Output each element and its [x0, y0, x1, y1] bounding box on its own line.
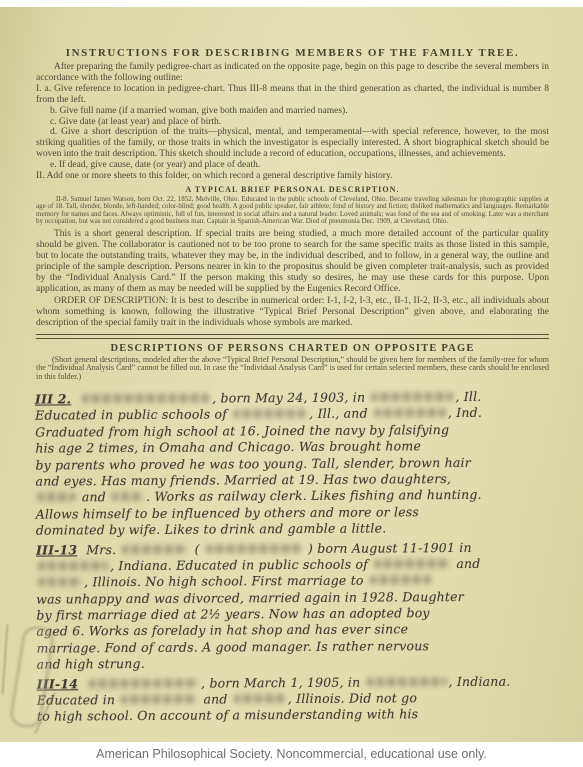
handwriting-text: by parents who proved he was too young. …	[35, 455, 471, 473]
redacted-name-blur	[38, 578, 82, 587]
handwriting-text: , born May 24, 1903, in	[212, 390, 369, 406]
handwriting-text: ) born August 11-1901 in	[304, 540, 472, 556]
redacted-name-blur	[371, 392, 453, 402]
handwriting-text: , Ill.	[455, 389, 481, 404]
redacted-name-blur	[38, 561, 108, 570]
handwriting-text: , born March 1, 1905, in	[201, 675, 364, 691]
handwriting-text: dominated by wife. Likes to drink and ga…	[36, 521, 387, 538]
handwriting-text: his age 2 times, in Omaha and Chicago. W…	[35, 439, 421, 456]
instructions-title: INSTRUCTIONS FOR DESCRIBING MEMBERS OF T…	[36, 47, 549, 59]
redacted-name-blur	[82, 394, 210, 404]
handwritten-entry-iii-14: III-14, born March 1, 1905, in , Indiana…	[37, 673, 550, 725]
handwriting-text: . Works as railway clerk. Likes fishing …	[146, 488, 482, 505]
entry-label: III-13	[36, 542, 77, 557]
handwriting-line: to high school. On account of a misunder…	[37, 706, 550, 726]
handwriting-text: Educated in public schools of	[35, 407, 231, 423]
paper-crease	[2, 624, 8, 694]
order-of-description-note: ORDER OF DESCRIPTION: It is best to desc…	[36, 296, 549, 329]
redacted-name-blur	[89, 679, 199, 689]
sample-description-body: II-8. Samuel James Watson, born Oct. 22,…	[36, 196, 549, 226]
section-divider-rule	[36, 334, 549, 339]
redacted-name-blur	[233, 410, 307, 419]
handwriting-text: Mrs.	[86, 542, 120, 557]
handwriting-text: , Illinois. Did not go	[288, 691, 417, 707]
descriptions-section-subtitle: (Short general descriptions, modeled aft…	[36, 356, 549, 382]
handwriting-text: , Illinois. No high school. First marria…	[84, 573, 368, 590]
handwriting-text: by first marriage died at 2½ years. Now …	[36, 606, 429, 623]
handwriting-text: Allows himself to be influenced by other…	[36, 504, 419, 521]
handwriting-text: Graduated from high school at 16. Joined…	[35, 422, 449, 440]
handwritten-entries: III 2., born May 24, 1903, in , Ill.Educ…	[35, 389, 550, 726]
descriptions-section-title: DESCRIPTIONS OF PERSONS CHARTED ON OPPOS…	[36, 343, 549, 354]
redacted-name-blur	[121, 695, 197, 704]
handwriting-text: to high school. On account of a misunder…	[37, 707, 418, 724]
outline-item-d: d. Give a short description of the trait…	[36, 127, 549, 160]
redacted-name-blur	[206, 544, 302, 554]
handwriting-text: and eyes. Has many friends. Married at 1…	[35, 471, 451, 489]
handwriting-text: and	[78, 490, 111, 505]
general-description-note: This is a short general description. If …	[36, 229, 549, 294]
outline-item-I-a: I. a. Give reference to location in pedi…	[36, 84, 549, 106]
redacted-name-blur	[112, 493, 144, 502]
archive-credit-footer: American Philosophical Society. Noncomme…	[0, 742, 583, 767]
outline-item-c: c. Give date (at least year) and place o…	[36, 117, 549, 128]
redacted-name-blur	[374, 409, 446, 418]
redacted-name-blur	[370, 576, 432, 585]
handwriting-text: , Ind.	[448, 406, 482, 421]
scanned-document-page: INSTRUCTIONS FOR DESCRIBING MEMBERS OF T…	[0, 7, 583, 742]
handwriting-text: and	[199, 692, 232, 707]
handwriting-text: and	[452, 556, 480, 571]
instructions-intro: After preparing the family pedigree-char…	[36, 62, 549, 84]
outline-item-b: b. Give full name (if a married woman, g…	[36, 106, 549, 117]
entry-label: III 2.	[35, 392, 71, 407]
handwritten-entry-iii-2-: III 2., born May 24, 1903, in , Ill.Educ…	[35, 389, 549, 540]
handwriting-line: dominated by wife. Likes to drink and ga…	[36, 520, 549, 540]
handwriting-text: was unhappy and was divorced, married ag…	[36, 589, 464, 607]
handwriting-text: , Indiana. Educated in public schools of	[110, 557, 372, 574]
handwritten-entry-iii-13: III-13Mrs. ( ) born August 11-1901 in, I…	[36, 539, 550, 673]
redacted-name-blur	[234, 694, 286, 703]
handwriting-text: marriage. Fond of cards. A good manager.…	[37, 638, 430, 655]
handwriting-text: , Indiana.	[448, 674, 510, 689]
redacted-name-blur	[374, 559, 450, 568]
redacted-name-blur	[366, 677, 446, 686]
outline-item-e: e. If dead, give cause, date (or year) a…	[36, 160, 549, 171]
handwriting-line: and high strung.	[37, 654, 550, 674]
handwriting-text: and high strung.	[37, 657, 145, 673]
outline-item-II: II. Add one or more sheets to this folde…	[36, 171, 549, 182]
redacted-name-blur	[122, 545, 188, 554]
handwriting-text: aged 6. Works as forelady in hat shop an…	[36, 622, 408, 639]
handwriting-text: (	[190, 541, 204, 556]
sample-description-title: A TYPICAL BRIEF PERSONAL DESCRIPTION.	[36, 185, 549, 194]
redacted-name-blur	[38, 493, 76, 502]
handwriting-text: , Ill., and	[309, 406, 372, 421]
